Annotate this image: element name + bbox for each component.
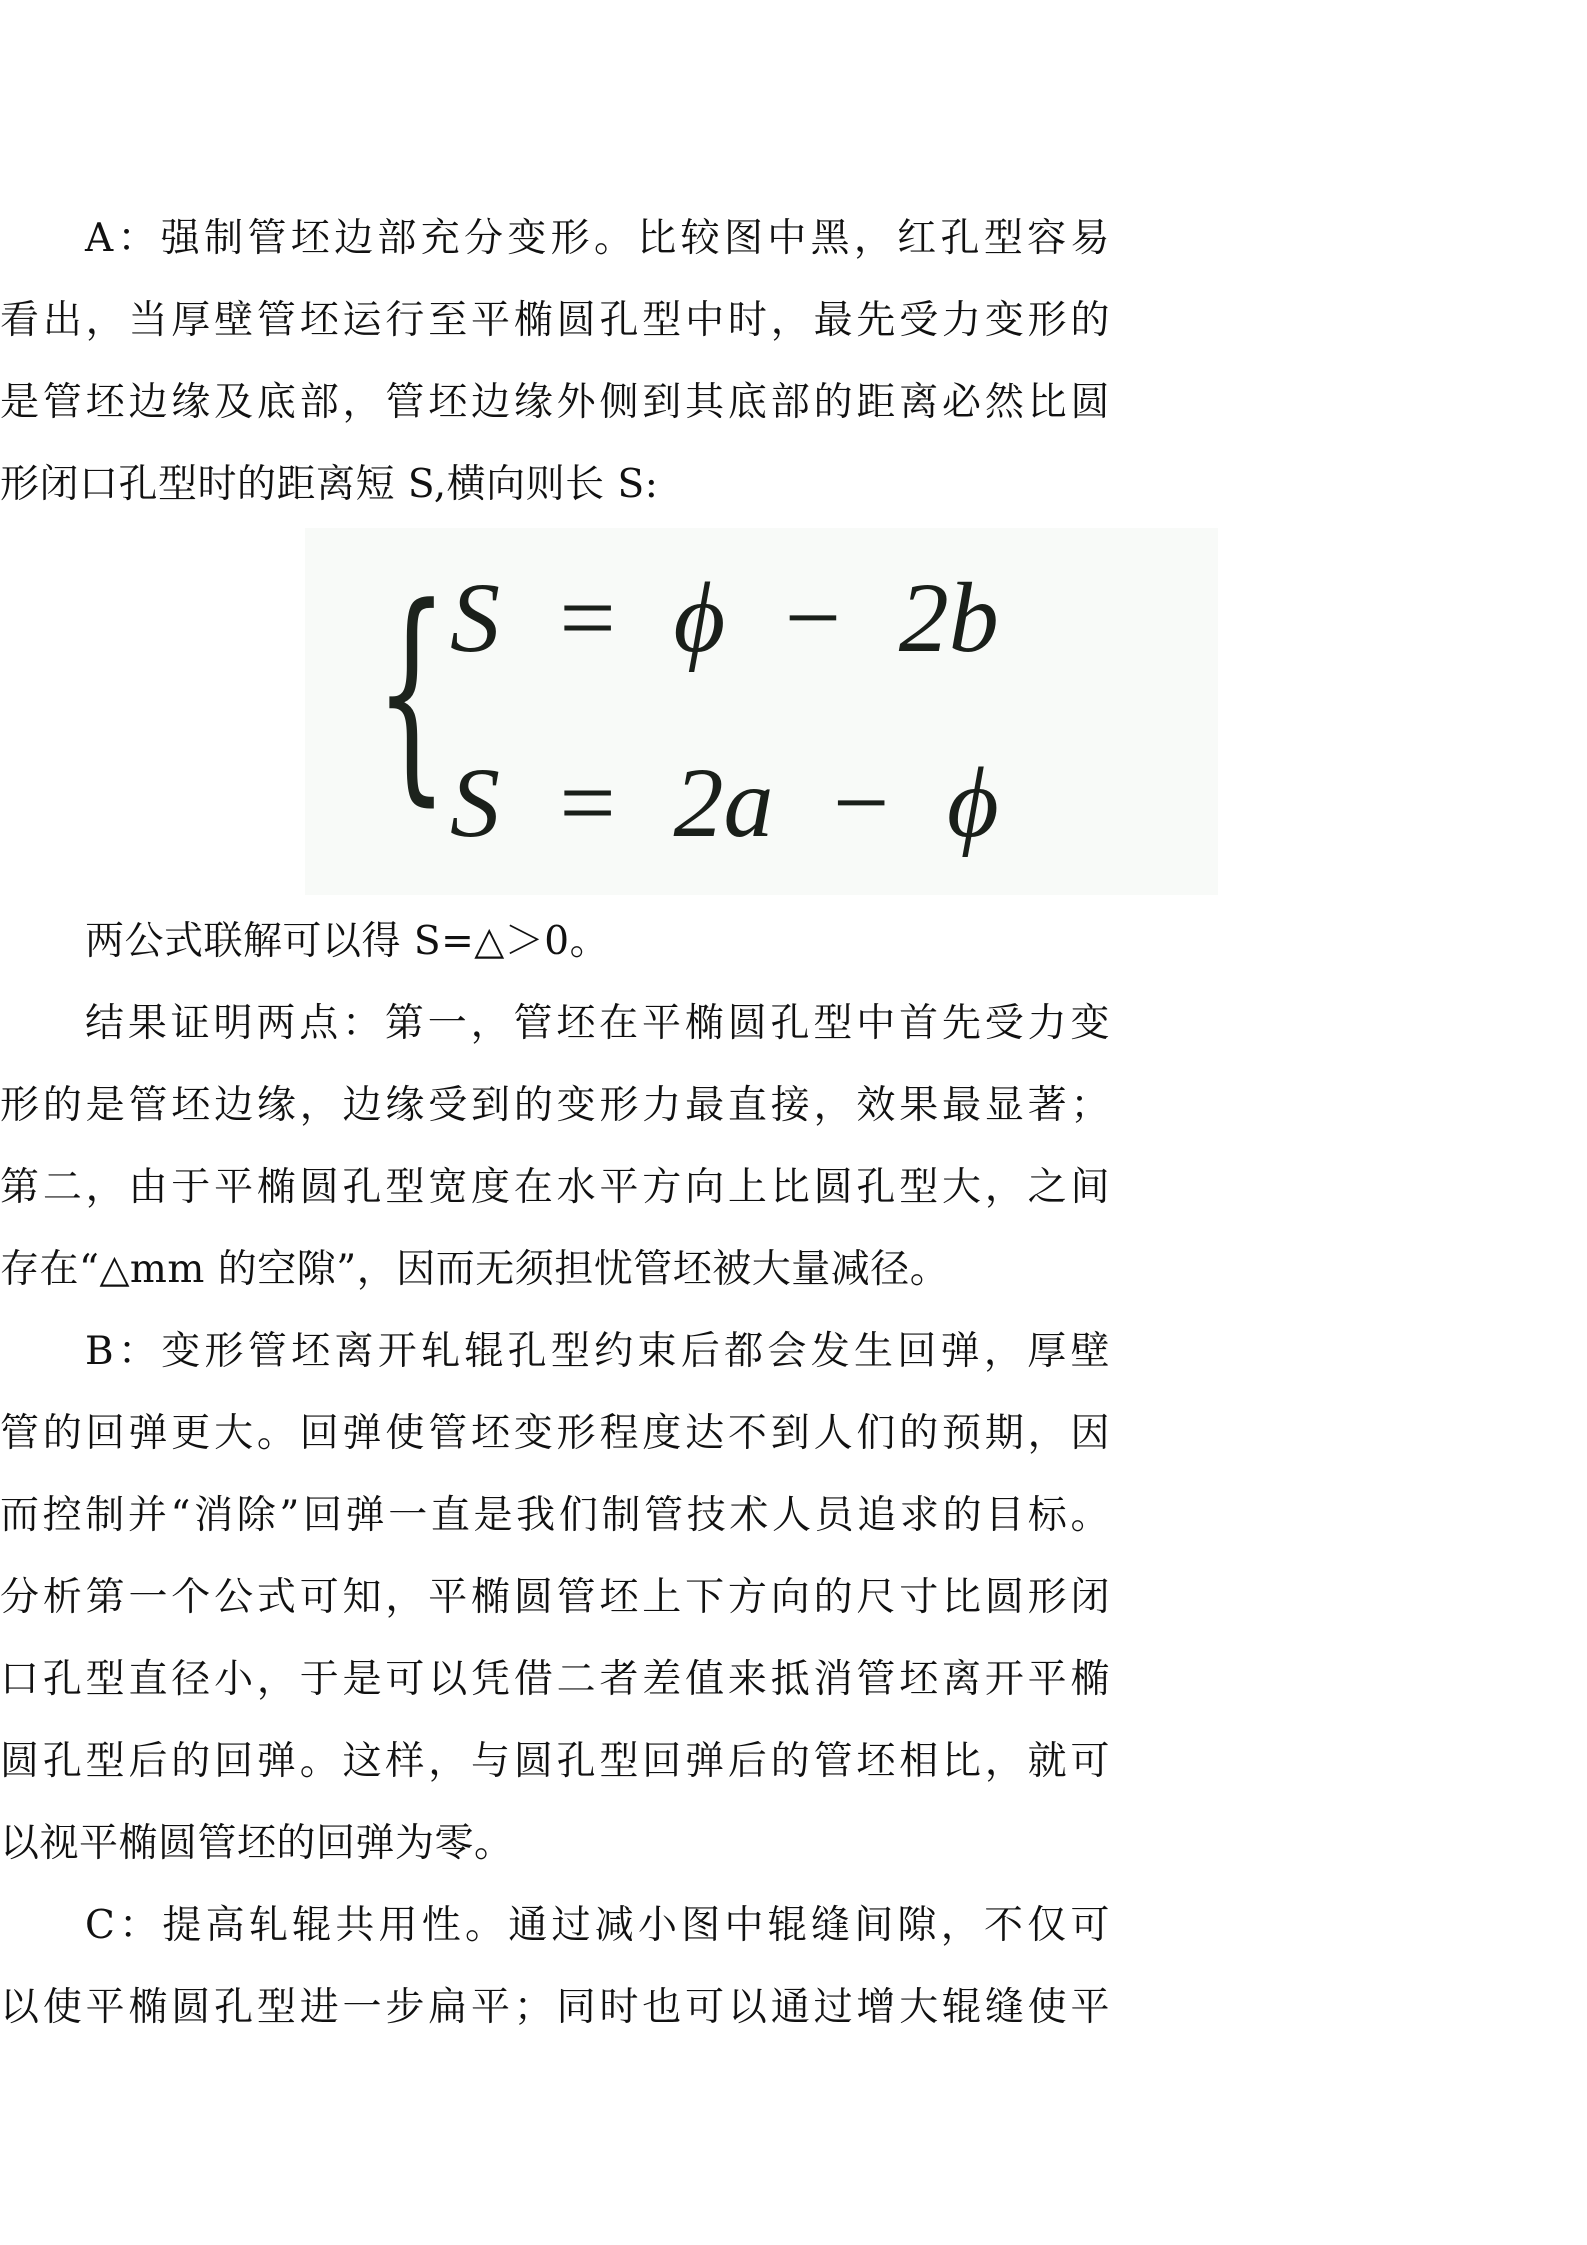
conclusion-line-3: 第二，由于平椭圆孔型宽度在水平方向上比圆孔型大，之间 <box>0 1164 1110 1212</box>
paragraph-c-line-2: 以使平椭圆孔型进一步扁平；同时也可以通过增大辊缝使平 <box>0 1984 1110 2032</box>
paragraph-a-line-2: 看出，当厚壁管坯运行至平椭圆孔型中时，最先受力变形的 <box>0 297 1110 345</box>
formula-equation-1: S = ϕ − 2b <box>450 568 999 668</box>
paragraph-a-line-1: A：强制管坯边部充分变形。比较图中黑，红孔型容易 <box>85 215 1110 263</box>
paragraph-b-line-4: 分析第一个公式可知，平椭圆管坯上下方向的尺寸比圆形闭 <box>0 1574 1110 1622</box>
conclusion-line-1: 结果证明两点：第一，管坯在平椭圆孔型中首先受力变 <box>85 1000 1110 1048</box>
paragraph-c-line-1: C：提高轧辊共用性。通过减小图中辊缝间隙，不仅可 <box>85 1902 1110 1950</box>
paragraph-b-line-5: 口孔型直径小，于是可以凭借二者差值来抵消管坯离开平椭 <box>0 1656 1110 1704</box>
paragraph-b-line-1: B：变形管坯离开轧辊孔型约束后都会发生回弹，厚壁 <box>85 1328 1110 1376</box>
paragraph-b-line-7: 以视平椭圆管坯的回弹为零。 <box>0 1820 1110 1868</box>
conclusion-line-4: 存在“△mm 的空隙”，因而无须担忧管坯被大量减径。 <box>0 1246 1110 1294</box>
formula-equation-2: S = 2a − ϕ <box>450 753 999 853</box>
result-line: 两公式联解可以得 S=△＞0。 <box>85 918 1110 966</box>
paragraph-b-line-2: 管的回弹更大。回弹使管坯变形程度达不到人们的预期，因 <box>0 1410 1110 1458</box>
formula-image: { S = ϕ − 2b S = 2a − ϕ <box>305 528 1218 895</box>
conclusion-line-2: 形的是管坯边缘，边缘受到的变形力最直接，效果最显著； <box>0 1082 1110 1130</box>
paragraph-b-line-3: 而控制并“消除”回弹一直是我们制管技术人员追求的目标。 <box>0 1492 1110 1540</box>
paragraph-a-line-4: 形闭口孔型时的距离短 S,横向则长 S: <box>0 461 1110 509</box>
formula-brace: { <box>375 578 448 808</box>
paragraph-a-line-3: 是管坯边缘及底部，管坯边缘外侧到其底部的距离必然比圆 <box>0 379 1110 427</box>
paragraph-b-line-6: 圆孔型后的回弹。这样，与圆孔型回弹后的管坯相比，就可 <box>0 1738 1110 1786</box>
